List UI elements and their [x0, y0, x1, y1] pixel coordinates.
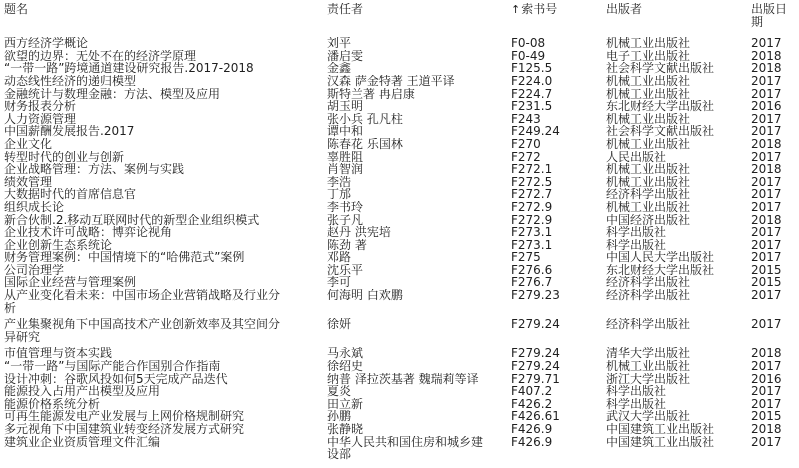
cell-call-number: F426.61 — [511, 410, 606, 423]
cell-publisher: 科学出版社 — [606, 385, 751, 398]
cell-publisher: 清华大学出版社 — [606, 347, 751, 360]
cell-call-number: F272 — [511, 151, 606, 164]
cell-date: 2018 — [751, 50, 795, 63]
table-body: 西方经济学概论刘平F0-08机械工业出版社2017欲望的边界：无处不在的经济学原… — [0, 37, 795, 465]
cell-call-number: F272.5 — [511, 176, 606, 189]
cell-call-number: F0-49 — [511, 50, 606, 63]
cell-call-number: F276.6 — [511, 264, 606, 277]
cell-call-number: F279.71 — [511, 373, 606, 386]
table-row: 企业文化陈春花 乐国林F270机械工业出版社2018 — [0, 138, 795, 151]
cell-title[interactable]: 企业文化 — [0, 138, 327, 151]
cell-date: 2017 — [751, 436, 795, 465]
table-row: 转型时代的创业与创新辜胜阻F272人民出版社2017 — [0, 151, 795, 164]
cell-call-number: F125.5 — [511, 62, 606, 75]
cell-call-number: F272.9 — [511, 214, 606, 227]
table-row: 欲望的边界：无处不在的经济学原理潘启雯F0-49电子工业出版社2018 — [0, 50, 795, 63]
cell-publisher: 中国建筑工业出版社 — [606, 423, 751, 436]
cell-author: 孙鹏 — [327, 410, 511, 423]
cell-publisher: 机械工业出版社 — [606, 75, 751, 88]
cell-date: 2017 — [751, 188, 795, 201]
cell-author: 斯特兰著 冉启康 — [327, 88, 511, 101]
cell-date: 2016 — [751, 373, 795, 386]
cell-publisher: 中国人民大学出版社 — [606, 251, 751, 264]
cell-title[interactable]: 国际企业经营与管理案例 — [0, 276, 327, 289]
cell-call-number: F426.2 — [511, 398, 606, 411]
cell-author: 金鑫 — [327, 62, 511, 75]
cell-date: 2018 — [751, 62, 795, 75]
column-header-call-number-label: 索书号 — [521, 3, 557, 16]
cell-publisher: 中国经济出版社 — [606, 214, 751, 227]
cell-author: 中华人民共和国住房和城乡建设部 — [327, 436, 511, 465]
cell-call-number: F0-08 — [511, 37, 606, 50]
table-row: 西方经济学概论刘平F0-08机械工业出版社2017 — [0, 37, 795, 50]
cell-author: 徐妍 — [327, 318, 511, 347]
cell-title[interactable]: 建筑业企业资质管理文件汇编 — [0, 436, 327, 465]
cell-call-number: F249.24 — [511, 125, 606, 138]
cell-author: 丁邡 — [327, 188, 511, 201]
cell-title[interactable]: 中国薪酬发展报告.2017 — [0, 125, 327, 138]
cell-date: 2018 — [751, 163, 795, 176]
cell-call-number: F272.1 — [511, 163, 606, 176]
cell-title[interactable]: 组织成长论 — [0, 201, 327, 214]
table-row: 绩效管理李浩F272.5机械工业出版社2017 — [0, 176, 795, 189]
table-row: 动态线性经济的递归模型汉森 萨金特著 王道平译F224.0机械工业出版社2017 — [0, 75, 795, 88]
cell-author: 辜胜阻 — [327, 151, 511, 164]
cell-title[interactable]: 市值管理与资本实践 — [0, 347, 327, 360]
table-row: 能源投入占用产出模型及应用夏炎F407.2科学出版社2017 — [0, 385, 795, 398]
cell-title[interactable]: 财务管理案例：中国情境下的“哈佛范式”案例 — [0, 251, 327, 264]
table-row: 市值管理与资本实践马永斌F279.24清华大学出版社2018 — [0, 347, 795, 360]
cell-date: 2017 — [751, 289, 795, 318]
cell-title[interactable]: 金融统计与数理金融：方法、模型及应用 — [0, 88, 327, 101]
cell-author: 肖智润 — [327, 163, 511, 176]
cell-title[interactable]: 能源投入占用产出模型及应用 — [0, 385, 327, 398]
cell-author: 夏炎 — [327, 385, 511, 398]
cell-publisher: 经济科学出版社 — [606, 318, 751, 347]
table-row: 企业技术许可战略：博弈论视角赵丹 洪宪培F273.1科学出版社2017 — [0, 226, 795, 239]
cell-author: 胡玉明 — [327, 100, 511, 113]
cell-call-number: F224.0 — [511, 75, 606, 88]
cell-date: 2017 — [751, 88, 795, 101]
cell-title[interactable]: 可再生能源发电产业发展与上网价格规制研究 — [0, 410, 327, 423]
cell-publisher: 人民出版社 — [606, 151, 751, 164]
cell-publisher: 社会科学文献出版社 — [606, 125, 751, 138]
cell-date: 2017 — [751, 151, 795, 164]
cell-author: 潘启雯 — [327, 50, 511, 63]
cell-title[interactable]: 财务报表分析 — [0, 100, 327, 113]
catalog-results-table: 题名 责任者 ↑索书号 出版者 出版日期 西方经济学概论刘平F0-08机械工业出… — [0, 3, 795, 465]
cell-publisher: 武汉大学出版社 — [606, 410, 751, 423]
cell-title[interactable]: 能源价格系统分析 — [0, 398, 327, 411]
cell-call-number: F279.24 — [511, 318, 606, 347]
cell-call-number: F273.1 — [511, 239, 606, 252]
table-row: 建筑业企业资质管理文件汇编中华人民共和国住房和城乡建设部F426.9中国建筑工业… — [0, 436, 795, 465]
cell-title[interactable]: 西方经济学概论 — [0, 37, 327, 50]
cell-call-number: F270 — [511, 138, 606, 151]
cell-publisher: 社会科学文献出版社 — [606, 62, 751, 75]
table-row: 从产业变化看未来：中国市场企业营销战略及行业分析何海明 白欢鹏F279.23经济… — [0, 289, 795, 318]
cell-date: 2017 — [751, 226, 795, 239]
cell-call-number: F243 — [511, 113, 606, 126]
cell-author: 沈乐平 — [327, 264, 511, 277]
table-row: 设计冲刺：谷歌风投如何5天完成产品迭代纳普 泽拉茨基著 魏瑞莉等译F279.71… — [0, 373, 795, 386]
table-row: 能源价格系统分析田立新F426.2科学出版社2017 — [0, 398, 795, 411]
cell-title[interactable]: 大数据时代的首席信息官 — [0, 188, 327, 201]
cell-date: 2018 — [751, 423, 795, 436]
cell-author: 李浩 — [327, 176, 511, 189]
cell-author: 刘平 — [327, 37, 511, 50]
table-header: 题名 责任者 ↑索书号 出版者 出版日期 — [0, 3, 795, 37]
cell-call-number: F279.24 — [511, 347, 606, 360]
cell-call-number: F273.1 — [511, 226, 606, 239]
cell-date: 2018 — [751, 138, 795, 151]
cell-title[interactable]: 企业战略管理：方法、案例与实践 — [0, 163, 327, 176]
cell-author: 纳普 泽拉茨基著 魏瑞莉等译 — [327, 373, 511, 386]
table-row: 公司治理学沈乐平F276.6东北财经大学出版社2015 — [0, 264, 795, 277]
cell-publisher: 东北财经大学出版社 — [606, 264, 751, 277]
cell-date: 2017 — [751, 125, 795, 138]
cell-publisher: 中国建筑工业出版社 — [606, 436, 751, 465]
cell-date: 2016 — [751, 100, 795, 113]
cell-author: 何海明 白欢鹏 — [327, 289, 511, 318]
cell-date: 2017 — [751, 360, 795, 373]
cell-call-number: F224.7 — [511, 88, 606, 101]
column-header-title[interactable]: 题名 — [0, 3, 327, 37]
cell-title[interactable]: 绩效管理 — [0, 176, 327, 189]
table-row: 金融统计与数理金融：方法、模型及应用斯特兰著 冉启康F224.7机械工业出版社2… — [0, 88, 795, 101]
cell-title[interactable]: 公司治理学 — [0, 264, 327, 277]
cell-author: 马永斌 — [327, 347, 511, 360]
cell-author: 徐绍史 — [327, 360, 511, 373]
cell-call-number: F426.9 — [511, 423, 606, 436]
cell-publisher: 机械工业出版社 — [606, 360, 751, 373]
cell-publisher: 机械工业出版社 — [606, 37, 751, 50]
cell-date: 2017 — [751, 113, 795, 126]
cell-title[interactable]: 新合伙制.2.移动互联网时代的新型企业组织模式 — [0, 214, 327, 227]
cell-date: 2017 — [751, 398, 795, 411]
cell-publisher: 经济科学出版社 — [606, 276, 751, 289]
table-row: 人力资源管理张小兵 孔凡柱F243机械工业出版社2017 — [0, 113, 795, 126]
table-row: 大数据时代的首席信息官丁邡F272.7经济科学出版社2017 — [0, 188, 795, 201]
cell-publisher: 机械工业出版社 — [606, 201, 751, 214]
cell-date: 2017 — [751, 176, 795, 189]
cell-publisher: 机械工业出版社 — [606, 88, 751, 101]
cell-author: 田立新 — [327, 398, 511, 411]
cell-title[interactable]: 从产业变化看未来：中国市场企业营销战略及行业分析 — [0, 289, 327, 318]
cell-publisher: 科学出版社 — [606, 398, 751, 411]
cell-date: 2017 — [751, 201, 795, 214]
cell-author: 汉森 萨金特著 王道平译 — [327, 75, 511, 88]
cell-title[interactable]: 企业创新生态系统论 — [0, 239, 327, 252]
table-row: 可再生能源发电产业发展与上网价格规制研究孙鹏F426.61武汉大学出版社2015 — [0, 410, 795, 423]
cell-publisher: 东北财经大学出版社 — [606, 100, 751, 113]
cell-date: 2018 — [751, 347, 795, 360]
cell-call-number: F272.7 — [511, 188, 606, 201]
cell-publisher: 经济科学出版社 — [606, 188, 751, 201]
cell-title[interactable]: “一带一路”跨境通道建设研究报告.2017-2018 — [0, 62, 327, 75]
column-header-call-number[interactable]: ↑索书号 — [511, 3, 606, 37]
cell-author: 张子凡 — [327, 214, 511, 227]
table-row: 企业创新生态系统论陈劲 著F273.1科学出版社2017 — [0, 239, 795, 252]
table-row: “一带一路”跨境通道建设研究报告.2017-2018金鑫F125.5社会科学文献… — [0, 62, 795, 75]
cell-date: 2015 — [751, 276, 795, 289]
table-row: 国际企业经营与管理案例李可F276.7经济科学出版社2015 — [0, 276, 795, 289]
sort-ascending-icon: ↑ — [511, 4, 520, 17]
cell-title[interactable]: 多元视角下中国建筑业转变经济发展方式研究 — [0, 423, 327, 436]
header-row: 题名 责任者 ↑索书号 出版者 出版日期 — [0, 3, 795, 37]
cell-date: 2017 — [751, 75, 795, 88]
cell-date: 2017 — [751, 385, 795, 398]
cell-date: 2015 — [751, 264, 795, 277]
cell-title[interactable]: 转型时代的创业与创新 — [0, 151, 327, 164]
cell-call-number: F279.23 — [511, 289, 606, 318]
cell-author: 张静晓 — [327, 423, 511, 436]
column-header-author[interactable]: 责任者 — [327, 3, 511, 37]
cell-publisher: 经济科学出版社 — [606, 289, 751, 318]
table-row: 新合伙制.2.移动互联网时代的新型企业组织模式张子凡F272.9中国经济出版社2… — [0, 214, 795, 227]
cell-date: 2017 — [751, 37, 795, 50]
table-row: 企业战略管理：方法、案例与实践肖智润F272.1机械工业出版社2018 — [0, 163, 795, 176]
table-row: 产业集聚视角下中国高技术产业创新效率及其空间分异研究徐妍F279.24经济科学出… — [0, 318, 795, 347]
cell-author: 李书玲 — [327, 201, 511, 214]
cell-title[interactable]: 动态线性经济的递归模型 — [0, 75, 327, 88]
cell-author: 张小兵 孔凡柱 — [327, 113, 511, 126]
cell-publisher: 机械工业出版社 — [606, 138, 751, 151]
cell-call-number: F275 — [511, 251, 606, 264]
cell-author: 陈春花 乐国林 — [327, 138, 511, 151]
cell-title[interactable]: 设计冲刺：谷歌风投如何5天完成产品迭代 — [0, 373, 327, 386]
column-header-date[interactable]: 出版日期 — [751, 3, 795, 37]
cell-author: 陈劲 著 — [327, 239, 511, 252]
cell-publisher: 机械工业出版社 — [606, 113, 751, 126]
column-header-publisher[interactable]: 出版者 — [606, 3, 751, 37]
table-row: 多元视角下中国建筑业转变经济发展方式研究张静晓F426.9中国建筑工业出版社20… — [0, 423, 795, 436]
table-row: 组织成长论李书玲F272.9机械工业出版社2017 — [0, 201, 795, 214]
table-row: “一带一路”与国际产能合作国别合作指南徐绍史F279.24机械工业出版社2017 — [0, 360, 795, 373]
cell-call-number: F231.5 — [511, 100, 606, 113]
cell-call-number: F276.7 — [511, 276, 606, 289]
cell-call-number: F426.9 — [511, 436, 606, 465]
cell-date: 2015 — [751, 410, 795, 423]
cell-call-number: F407.2 — [511, 385, 606, 398]
cell-publisher: 浙江大学出版社 — [606, 373, 751, 386]
cell-date: 2018 — [751, 214, 795, 227]
cell-title[interactable]: 企业技术许可战略：博弈论视角 — [0, 226, 327, 239]
cell-publisher: 科学出版社 — [606, 226, 751, 239]
cell-publisher: 电子工业出版社 — [606, 50, 751, 63]
cell-date: 2017 — [751, 239, 795, 252]
cell-publisher: 机械工业出版社 — [606, 163, 751, 176]
cell-date: 2017 — [751, 318, 795, 347]
table-row: 中国薪酬发展报告.2017谭中和F249.24社会科学文献出版社2017 — [0, 125, 795, 138]
cell-call-number: F279.24 — [511, 360, 606, 373]
cell-title[interactable]: 人力资源管理 — [0, 113, 327, 126]
table-row: 财务管理案例：中国情境下的“哈佛范式”案例邓路F275中国人民大学出版社2017 — [0, 251, 795, 264]
cell-publisher: 科学出版社 — [606, 239, 751, 252]
cell-title[interactable]: 产业集聚视角下中国高技术产业创新效率及其空间分异研究 — [0, 318, 327, 347]
cell-author: 谭中和 — [327, 125, 511, 138]
cell-title[interactable]: 欲望的边界：无处不在的经济学原理 — [0, 50, 327, 63]
cell-date: 2017 — [751, 251, 795, 264]
cell-publisher: 机械工业出版社 — [606, 176, 751, 189]
cell-author: 赵丹 洪宪培 — [327, 226, 511, 239]
cell-author: 邓路 — [327, 251, 511, 264]
cell-call-number: F272.9 — [511, 201, 606, 214]
cell-author: 李可 — [327, 276, 511, 289]
table-row: 财务报表分析胡玉明F231.5东北财经大学出版社2016 — [0, 100, 795, 113]
cell-title[interactable]: “一带一路”与国际产能合作国别合作指南 — [0, 360, 327, 373]
